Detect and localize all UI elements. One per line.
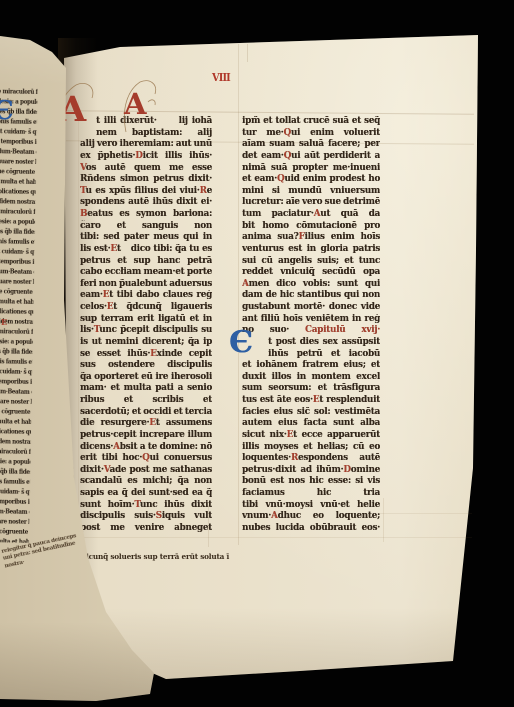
ink-text: icit illis ihūs· [143,151,212,161]
text-line: dicens·Absit a te domine: nō [80,442,212,454]
ink-text: os autē quem me esse dicitis? [80,163,212,175]
spacer [121,250,131,251]
text-line: reddet vnicuiq̃ secūdū opa eius [242,267,380,279]
text-line: duxit illos in montem excel [242,372,380,384]
facing-page-text-line: quo multa et habundantia glie [0,296,34,307]
ink-text: ihūs petrū et iacobū [268,349,380,359]
running-head: VIII [212,70,230,84]
ink-text: et eam· [242,174,277,184]
facing-page-text-line: a est cuidam· s̃ qui nō intellig [0,486,30,497]
text-line: sup terram erit ligatū et in ce [80,314,212,326]
ink-text: ilius enim hoīs [305,232,381,242]
facing-page-red-initial: E [1,317,7,327]
ink-text: ex p̃phetis· [80,151,135,161]
ink-text: petrus et sup hanc petrā edifi [80,256,212,268]
ink-text: lis· [80,325,94,335]
ink-text: bsit a te domine: nō [120,442,212,452]
ink-text: gustabunt mortē· donec vide [242,302,380,312]
facing-page-text-line: nec temporibus imperatoris ac [0,376,32,387]
ink-text: se esset ihūs· [80,349,150,359]
text-line: sus ostendere discipulis suis: [80,360,212,372]
text-line: et iohānem fratrem eius; et [242,360,380,372]
ink-text: ade post me sathanas [110,465,213,475]
facing-page-text-line: r donis famulis et reliquis ec [0,476,30,487]
text-line: Rñdens simon petrus dixit· [80,174,212,186]
text-line: tum paciatur·Aut quā da [242,209,380,221]
ink-text: t post dies sex assūpsit [268,337,380,347]
text-line: gustabunt mortē· donec vide [242,302,380,314]
ink-text: faciamus hic tria tabernacula: [242,488,380,500]
text-line: spondens autē ihūs dixit ei· [80,197,212,209]
ink-text: dixit· [80,465,104,475]
facing-page-text-line: quo multa et habundantia glie [0,176,36,187]
text-line: sum seorsum: et trāsfigura [242,383,380,395]
ink-text: dicens· [80,442,113,452]
facing-page-text-line: adiuuare noster hīc sepulcrū [0,156,36,167]
text-line: sapis ea q̃ dei sunt·sed ea q̃ [80,488,212,500]
facing-page-text-line: et idum·Beatam ergo martyrū [0,266,34,277]
ink-text: omine [351,465,380,475]
text-line: eam·Et tibi dabo claues reġ [80,290,212,302]
ink-text: spondens autē ihūs dixit ei· [80,197,212,207]
facing-page-text-line: ecclesie: a populo custodiri et [0,336,33,347]
text-line: t post dies sex assūpsit [242,337,380,349]
facing-page-text-line: untes q̃b illa fides et domino [0,226,35,237]
text-line: is ut nemini dicerent; q̃a ip [80,337,212,349]
text-line: ihūs petrū et iacobū [242,349,380,361]
ink-text: sus ostendere discipulis suis: [80,360,212,372]
ink-text: iquis vult [162,511,212,521]
text-line: autem eius facta sunt alba [242,418,380,430]
ink-text: petrus·cepit increpare illum [80,430,212,440]
ink-text: nimā suā propter me·inueni [242,163,380,173]
text-line: scandalū es michi; q̃a non [80,476,212,488]
text-line: ipm̃ et tollat crucē suā et seq̃ [242,116,380,128]
facing-page-text-line: tate miraculorū fidei q̃ plurima [0,326,33,337]
ink-text: sacerdotū; et occidi et tercia [80,407,212,417]
text-line: q̃a oporteret eū ire iherosoli [80,372,212,384]
text-line: tibi: sed pater meus qui in ce [80,232,212,244]
facing-page-text-line: atque cōgruente vero in pace [0,526,29,537]
ink-text: nubes lucida obūbrauit eos· [242,523,380,533]
text-line: mam· et multa pati a senio [80,383,212,395]
facing-page-text-line: nec temporibus imperatoris ac [0,256,34,267]
ink-text: lis est· [80,244,110,254]
ink-text: eatus es symon bariona: q̃a [80,209,212,221]
ink-text: eam· [80,290,103,300]
text-line: se esset ihūs·Exinde cepit ihe [80,349,212,361]
ink-text: q̃a oporteret eū ire iherosoli [80,372,212,382]
ink-text: autem eius facta sunt alba [242,418,380,428]
text-line: tibi vnū·moysi vnū·et helie [242,500,380,512]
facing-page-text-line: atque cōgruente vero in pace [0,406,31,417]
ink-text: sup terram erit ligatū et in ce [80,314,212,326]
ink-text: sapis ea q̃ dei sunt·sed ea q̃ [80,488,212,498]
ink-text: t resplenduit [319,395,380,405]
text-line: faciamus hic tria tabernacula: [242,488,380,500]
facing-page-text-line: a est cuidam· s̃ qui nō intellig [0,126,37,137]
rubricated-text: A [242,279,249,289]
horizontal-crease [66,537,472,538]
vertical-guide-tick [247,44,248,62]
text-line: bonū est nos hic esse: si vis [242,476,380,488]
facing-page-text-line: r donis famulis et reliquis ec [0,356,32,367]
manuscript-photo: VIII t illi dixerūt·lij iohānem baptista… [0,0,514,707]
facing-page-text-line: supplicationes quoque gentiū [0,186,36,197]
ink-text: sunt hoīm· [80,500,134,510]
facing-page-text-line: tate miraculorū fidei q̃ plurima [0,206,35,217]
facing-page-text-line: atque cōgruente vero in pace [0,166,36,177]
facing-page-text-line: untes q̃b illa fides et domino [0,466,30,477]
facing-page-text-line: sed fidem nostram habentes ī [0,196,35,207]
facing-page-text-line: a est cuidam· s̃ qui nō intellig [0,246,34,257]
ink-text: mam· et multa pati a senio [80,383,212,393]
text-line: aīam suam saluā facere; per [242,139,380,151]
text-line: discipulis suis·Siquis vult [80,511,212,523]
facing-page-text-line: ecclesie: a populo custodiri et [0,216,35,227]
facing-page-text-line: nec temporibus imperatoris ac [0,496,30,507]
rubricated-text: Capitulū xvij· [305,325,380,335]
ink-text: unc p̃cepit discipulis su [99,325,212,335]
text-line: petrus·dixit ad ihūm·Domine [242,465,380,477]
text-line: mini si mundū vniuersum [242,186,380,198]
ink-text: bit homo cōmutacionē pro [242,221,380,231]
text-line: Amen dico vobis: sunt qui [242,279,380,291]
ink-text: sui cū angelis suis; et tunc [242,256,380,266]
ink-text: bonū est nos hic esse: si vis [242,476,380,486]
text-line: post me venire abneget semet [80,523,212,535]
text-line: erit tibi hoc·Qui conuersus [80,453,212,465]
facing-page-text-line: atque cōgruente vero in pace [0,286,34,297]
ink-text: mini si mundū vniuersum [242,186,380,196]
text-line: celos·Et q̃dcunq̃ ligaueris [80,302,212,314]
text-line: cabo eccłiam meam·et porte in [80,267,212,279]
ink-text: tus est āte eos· [242,395,313,405]
text-line: lucretur: aīe vero sue detrimē [242,197,380,209]
facing-page-text-line: adiuuare noster hīc sepulcrū [0,396,32,407]
rubricated-text: A [271,511,278,521]
text-column-left: t illi dixerūt·lij iohānem baptistam: al… [80,116,212,535]
ink-text: is ut nemini dicerent; q̃a ip [80,337,212,347]
text-line: Vos autē quem me esse dicitis? [80,163,212,175]
ink-text: anima sua? [242,232,299,242]
ink-text: ut quā da [320,209,380,219]
ink-text: aīam suam saluā facere; per [242,139,380,149]
facing-page-text-line: quo multa et habundantia glie [0,416,31,427]
text-line: nubes lucida obūbrauit eos· [242,523,380,535]
facing-page-text-line: et idum·Beatam ergo martyrū [0,506,29,517]
facing-page-text-line: untes q̃b illa fides et domino [0,346,33,357]
text-line: petrus et sup hanc petrā edifi [80,256,212,268]
text-line: anima sua?Filius enim hoīs [242,232,380,244]
ink-text: die resurgere· [80,418,149,428]
ink-text: e [207,186,212,196]
facing-page-blue-initial: Є [0,96,14,126]
ink-text: celos· [80,302,107,312]
facing-page-text-line: sed fidem nostram habentes ī [0,436,31,447]
ink-text: sum seorsum: et trāsfigura [242,383,380,393]
facing-page-text-line: supplicationes quoque gentiū [0,426,31,437]
ink-text: dam de hic stantibus qui non [242,290,380,300]
text-line: nimā suā propter me·inueni [242,163,380,175]
ink-text: vnum· [242,511,271,521]
ink-text: illis moyses et helias; cū eo [242,442,380,452]
facing-page-text-line: et idum·Beatam ergo martyrū [0,146,36,157]
horizontal-crease [380,513,472,514]
ink-text: uid enim prodest ho [284,174,380,184]
ink-text: tur me· [242,128,283,138]
text-line: feri non p̃ualebunt aduersus [80,279,212,291]
facing-page-text-line: quo multa et habundantia glie [0,536,29,543]
ink-text: erit tibi hoc· [80,453,142,463]
rubricated-text: R [291,453,298,463]
illuminated-initial-A-face: A [124,90,147,119]
facing-page-text-line: ecclesie: a populo custodiri et [0,456,30,467]
ink-text: lij iohā [179,116,212,126]
facing-page-text-line: et idum·Beatam ergo martyrū [0,386,32,397]
vertical-guide-line [383,498,384,542]
text-line: dixit·Vade post me sathanas [80,465,212,477]
text-line: no suo· Capitulū xvij· [242,325,380,337]
text-line: venturus est in gloria patris [242,244,380,256]
text-line: dam de hic stantibus qui non [242,290,380,302]
ink-text: tum paciatur· [242,209,314,219]
ink-text: ui aūt perdiderit a [291,151,380,161]
facing-page-text-line: a est cuidam· s̃ qui nō intellig [0,366,32,377]
rubricated-text: Q [142,453,149,463]
text-line: petrus·cepit increpare illum [80,430,212,442]
text-line: ribus et scribis et principibus [80,395,212,407]
vertical-guide-line [238,44,239,545]
ink-text: discipulis suis· [80,511,156,521]
ink-text: caro et sanguis non reuelauit [80,221,212,233]
text-line: sui cū angelis suis; et tunc [242,256,380,268]
ink-text: et iohānem fratrem eius; et [242,360,380,370]
text-line: sicut nix·Et ecce apparuerūt [242,430,380,442]
rubricated-text: A [113,442,120,452]
ink-text: petrus·dixit ad ihūm· [242,465,343,475]
ink-text: ant filiū hoīs veniētem in reġ [242,314,380,324]
text-line: det eam·Qui aūt perdiderit a [242,151,380,163]
rubricated-text: R [200,186,207,196]
ink-text: loquentes· [242,453,291,463]
ink-text: ui enim voluerit [291,128,380,138]
ink-text: lucretur: aīe vero sue detrimē [242,197,380,207]
ink-text: feri non p̃ualebunt aduersus [80,279,212,289]
text-line: vnum·Adhuc eo loquente; ecce [242,511,380,523]
text-line: ex p̃phetis·Dicit illis ihūs· [80,151,212,163]
vertical-guide-line [78,100,79,552]
ink-text: t ecce apparuerūt [293,430,380,440]
text-line: lis est·Etdico tibi: q̃a tu es [80,244,212,256]
ink-text: t tibi dabo claues reġ [109,290,212,300]
text-line: facies eius sic̃ sol: vestimēta [242,407,380,419]
ink-text: scandalū es michi; q̃a non [80,476,212,486]
ink-text: Rñdens simon petrus dixit· [80,174,212,184]
ink-text: ribus et scribis et principibus [80,395,212,407]
text-line: tus est āte eos·Et resplenduit [242,395,380,407]
ink-text: ipm̃ et tollat crucē suā et seq̃ [242,116,380,126]
ink-text: duxit illos in montem excel [242,372,380,382]
ink-text: dico tibi: q̃a tu es [131,244,212,254]
text-line: Beatus es symon bariona: q̃a [80,209,212,221]
ink-text: ui conuersus [150,453,212,463]
text-line: ant filiū hoīs veniētem in reġ [242,314,380,326]
ink-text: t [117,244,121,254]
ink-text: t q̃dcunq̃ ligaueris [113,302,212,312]
ink-text: cabo eccłiam meam·et porte in [80,267,212,279]
facing-page-text-line: adiuuare noster hīc sepulcrū [0,276,34,287]
text-line: caro et sanguis non reuelauit [80,221,212,233]
text-line: Tu es xpūs filius dei viui·Re [80,186,212,198]
facing-page-text-line: adiuuare noster hīc sepulcrū [0,516,29,527]
ink-text: sicut nix· [242,430,287,440]
text-line: et eam·Quid enim prodest ho [242,174,380,186]
ink-text: Et q̃dcunq̃ solueris sup terrā erūt solu… [68,552,229,561]
text-line: sacerdotū; et occidi et tercia [80,407,212,419]
text-column-right: ipm̃ et tollat crucē suā et seq̃tur me·Q… [242,116,380,535]
ink-text: men dico vobis: sunt qui [249,279,380,289]
rubricated-text: Q [284,151,291,161]
rubricated-text: Q [283,128,290,138]
text-line: sunt hoīm·Tunc ihūs dixit [80,500,212,512]
ink-text: tibi vnū·moysi vnū·et helie [242,500,380,510]
ink-text: post me venire abneget semet [80,523,212,535]
text-line: loquentes·Respondens autē [242,453,380,465]
text-line: tur me·Qui enim voluerit [242,128,380,140]
rubricated-text: D [343,465,350,475]
ink-text: facies eius sic̃ sol: vestimēta [242,407,380,417]
ink-text: unc ihūs dixit [140,500,212,510]
ink-text: tibi: sed pater meus qui in ce [80,232,212,244]
facing-page-text-line: supplicationes quoque gentiū [0,306,33,317]
facing-page-text-line: r donis famulis et reliquis ec [0,236,35,247]
text-line: illis moyses et helias; cū eo [242,442,380,454]
ink-text: venturus est in gloria patris [242,244,380,254]
lombard-initial-E: Є [229,328,253,358]
rubricated-text: D [135,151,142,161]
text-line: bit homo cōmutacionē pro [242,221,380,233]
text-line: die resurgere·Et assumens eū [80,418,212,430]
facing-page-text-line: nec temporibus imperatoris ac [0,136,37,147]
ink-text: det eam· [242,151,284,161]
facing-page-text-line: tate miraculorū fidei q̃ plurima [0,446,31,457]
text-line: lis·Tunc p̃cepit discipulis su [80,325,212,337]
ink-text: reddet vnicuiq̃ secūdū opa eius [242,267,380,279]
ink-text: u es xpūs filius dei viui· [86,186,200,196]
ink-text: espondens autē [298,453,380,463]
